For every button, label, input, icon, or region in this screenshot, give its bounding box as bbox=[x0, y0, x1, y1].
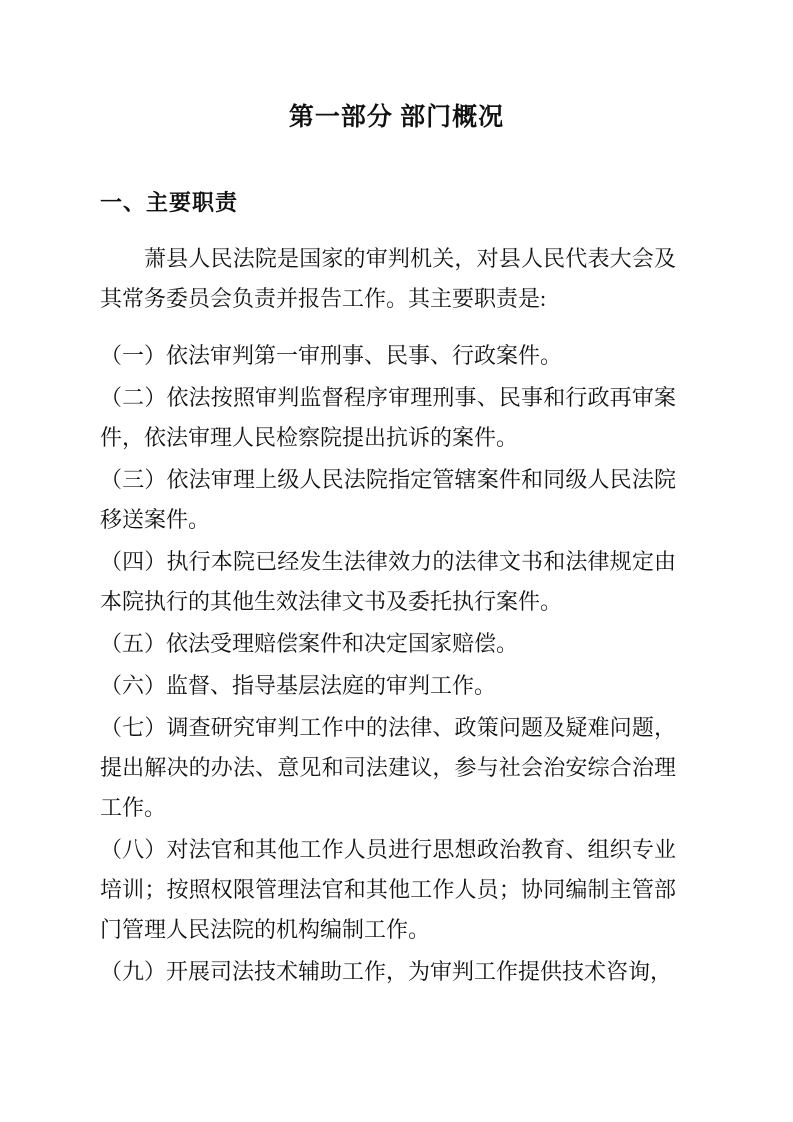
clause-paragraph-6: （六）监督、指导基层法庭的审判工作。 bbox=[100, 666, 676, 706]
clause-paragraph-8: （八）对法官和其他工作人员进行思想政治教育、组织专业培训；按照权限管理法官和其他… bbox=[100, 830, 676, 950]
intro-paragraph: 萧县人民法院是国家的审判机关，对县人民代表大会及其常务委员会负责并报告工作。其主… bbox=[100, 239, 676, 319]
clause-paragraph-9: （九）开展司法技术辅助工作，为审判工作提供技术咨询， bbox=[100, 952, 676, 992]
clause-paragraph-2: （二）依法按照审判监督程序审理刑事、民事和行政再审案件，依法审理人民检察院提出抗… bbox=[100, 378, 676, 458]
section-heading-main-duties: 一、主要职责 bbox=[100, 183, 676, 223]
document-body: 一、主要职责 萧县人民法院是国家的审判机关，对县人民代表大会及其常务委员会负责并… bbox=[0, 183, 793, 992]
clause-paragraph-7: （七）调查研究审判工作中的法律、政策问题及疑难问题，提出解决的办法、意见和司法建… bbox=[100, 708, 676, 828]
clause-paragraph-4: （四）执行本院已经发生法律效力的法律文书和法律规定由本院执行的其他生效法律文书及… bbox=[100, 542, 676, 622]
clause-paragraph-3: （三）依法审理上级人民法院指定管辖案件和同级人民法院移送案件。 bbox=[100, 460, 676, 540]
clause-paragraph-1: （一）依法审判第一审刑事、民事、行政案件。 bbox=[100, 336, 676, 376]
document-page: 第一部分 部门概况 一、主要职责 萧县人民法院是国家的审判机关，对县人民代表大会… bbox=[0, 0, 793, 1122]
clause-paragraph-5: （五）依法受理赔偿案件和决定国家赔偿。 bbox=[100, 624, 676, 664]
document-title: 第一部分 部门概况 bbox=[0, 98, 793, 138]
